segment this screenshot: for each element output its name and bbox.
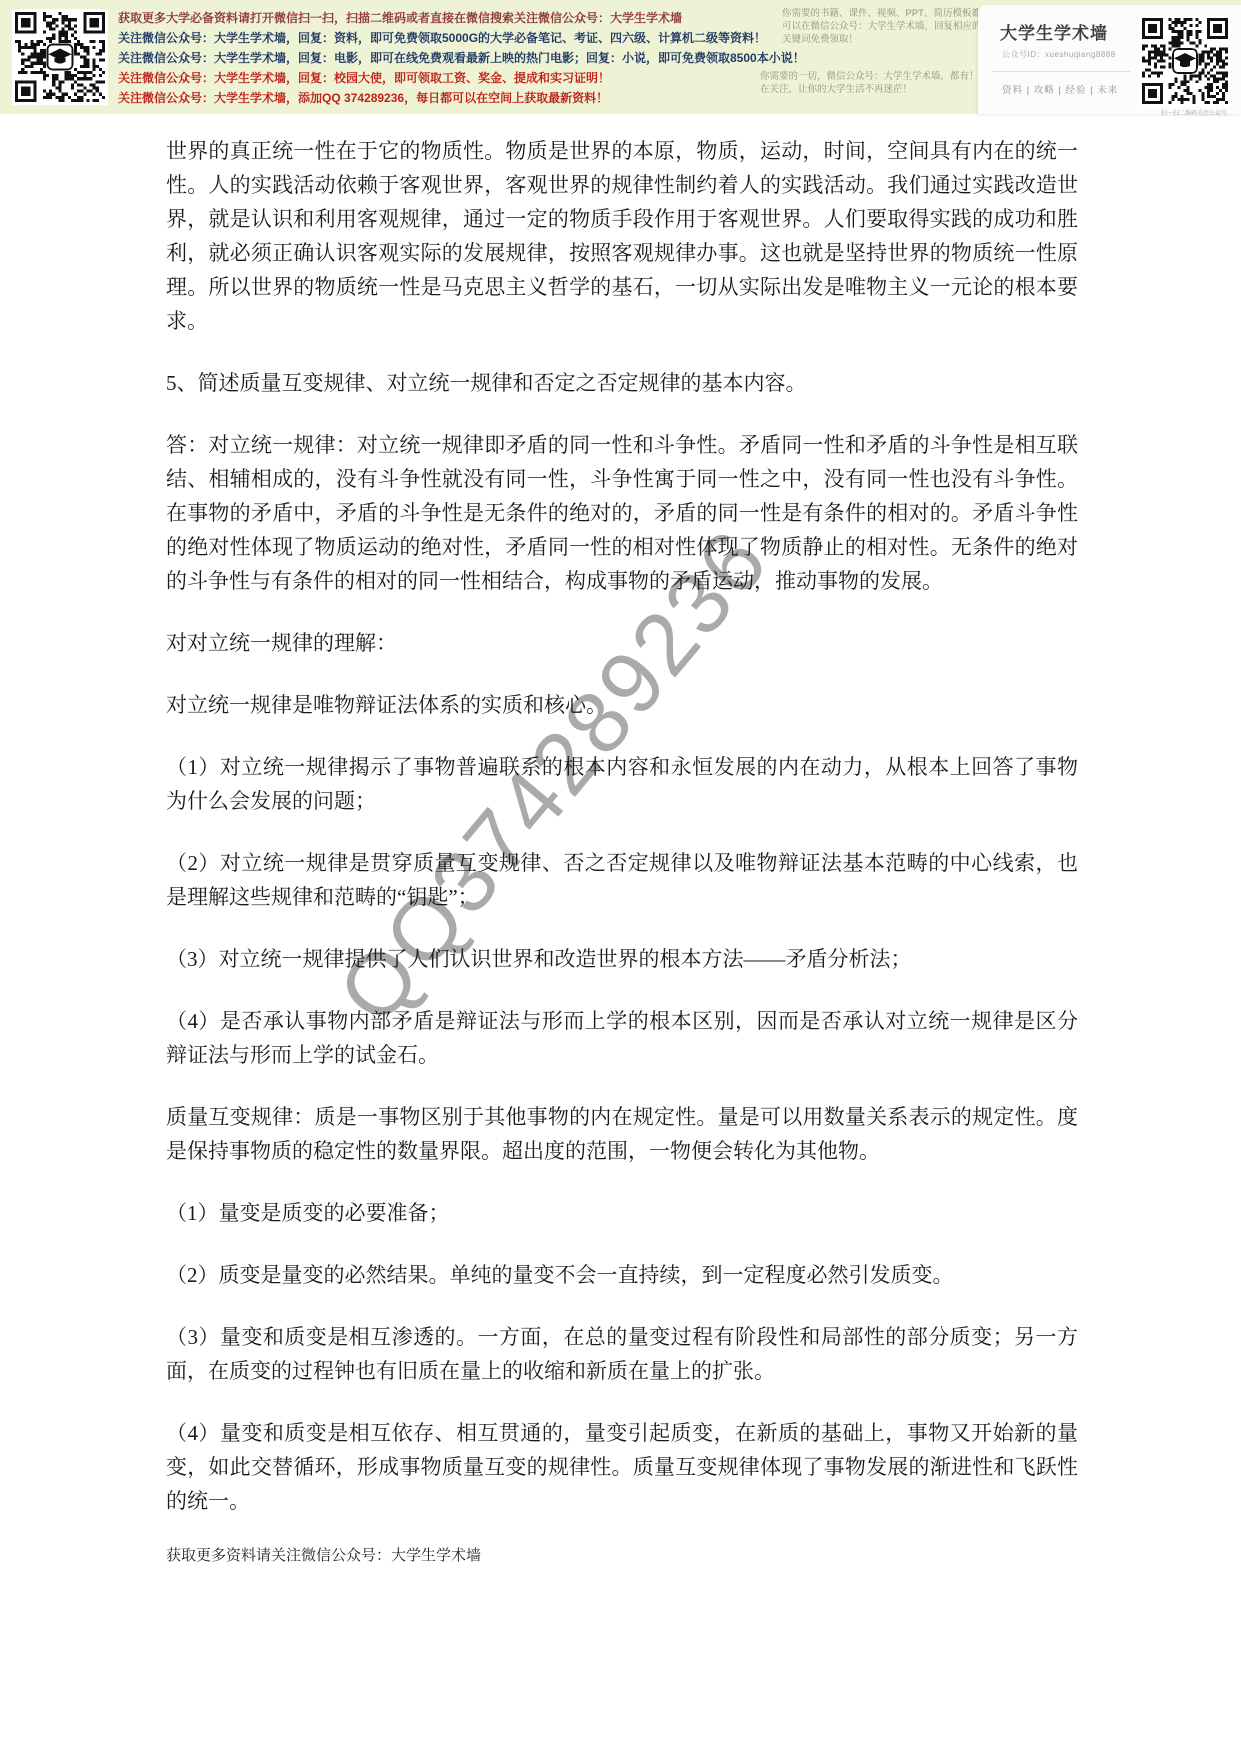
header-note: 你需要的一切，微信公众号：大学生学术墙，都有！现在关注，让你的大学生活不再迷茫！ (760, 70, 988, 96)
header-banner: 获取更多大学必备资料请打开微信扫一扫，扫描二维码或者直接在微信搜索关注微信公众号… (0, 0, 1241, 114)
promo-line: 关注微信公众号：大学生学术墙，回复：校园大使，即可领取工资、奖金、提成和实习证明… (118, 68, 818, 88)
promo-line: 关注微信公众号：大学生学术墙，添加QQ 374289236，每日都可以在空间上获… (118, 88, 818, 108)
paragraph: 答：对立统一规律：对立统一规律即矛盾的同一性和斗争性。矛盾同一性和矛盾的斗争性是… (166, 428, 1078, 598)
qr-pattern (15, 12, 105, 102)
brand-tags: 资料 | 攻略 | 经验 | 未来 (1002, 82, 1118, 96)
wechat-qr-right-icon (1139, 15, 1231, 107)
qr-caption: 扫一扫二维码关注公众号 (1161, 108, 1227, 117)
wechat-qr-left-icon (12, 9, 108, 105)
promo-line: 关注微信公众号：大学生学术墙，回复：资料，即可免费领取5000G的大学必备笔记、… (118, 28, 818, 48)
brand-card: 大学生学术墙 公众号ID：xueshuqiang8888 资料 | 攻略 | 经… (978, 5, 1241, 114)
paragraph: （1）对立统一规律揭示了事物普遍联系的根本内容和永恒发展的内在动力，从根本上回答… (166, 750, 1078, 818)
promo-line: 获取更多大学必备资料请打开微信扫一扫，扫描二维码或者直接在微信搜索关注微信公众号… (118, 8, 818, 28)
qr-pattern (1142, 18, 1228, 104)
paragraph: （3）对立统一规律提供了人们认识世界和改造世界的根本方法——矛盾分析法； (166, 942, 1078, 976)
paragraph: 世界的真正统一性在于它的物质性。物质是世界的本原，物质，运动，时间，空间具有内在… (166, 134, 1078, 338)
promo-line: 关注微信公众号：大学生学术墙，回复：电影，即可在线免费观看最新上映的热门电影；回… (118, 48, 818, 68)
paragraph: 对立统一规律是唯物辩证法体系的实质和核心。 (166, 688, 1078, 722)
paragraph: （3）量变和质变是相互渗透的。一方面，在总的量变过程有阶段性和局部性的部分质变；… (166, 1320, 1078, 1388)
divider (992, 71, 1130, 72)
brand-title: 大学生学术墙 (1000, 19, 1108, 44)
paragraph: （4）量变和质变是相互依存、相互贯通的，量变引起质变，在新质的基础上，事物又开始… (166, 1416, 1078, 1518)
paragraph: （1）量变是质变的必要准备； (166, 1196, 1078, 1230)
paragraph: （2）对立统一规律是贯穿质量互变规律、否之否定规律以及唯物辩证法基本范畴的中心线… (166, 846, 1078, 914)
question-heading: 5、简述质量互变规律、对立统一规律和否定之否定规律的基本内容。 (166, 366, 1078, 400)
paragraph: （2）质变是量变的必然结果。单纯的量变不会一直持续，到一定程度必然引发质变。 (166, 1258, 1078, 1292)
brand-account-id: 公众号ID：xueshuqiang8888 (1002, 49, 1116, 60)
paragraph: （4）是否承认事物内部矛盾是辩证法与形而上学的根本区别，因而是否承认对立统一规律… (166, 1004, 1078, 1072)
promo-lines: 获取更多大学必备资料请打开微信扫一扫，扫描二维码或者直接在微信搜索关注微信公众号… (118, 8, 818, 108)
footer-note: 获取更多资料请关注微信公众号：大学生学术墙 (166, 1546, 1078, 1566)
paragraph: 对对立统一规律的理解： (166, 626, 1078, 660)
document-body: 世界的真正统一性在于它的物质性。物质是世界的本原，物质，运动，时间，空间具有内在… (166, 134, 1078, 1594)
header-note: 你需要的书籍、课件、视频、PPT、简历模板都可以在微信公众号：大学生学术墙，回复… (782, 7, 982, 46)
paragraph: 质量互变规律：质是一事物区别于其他事物的内在规定性。量是可以用数量关系表示的规定… (166, 1100, 1078, 1168)
